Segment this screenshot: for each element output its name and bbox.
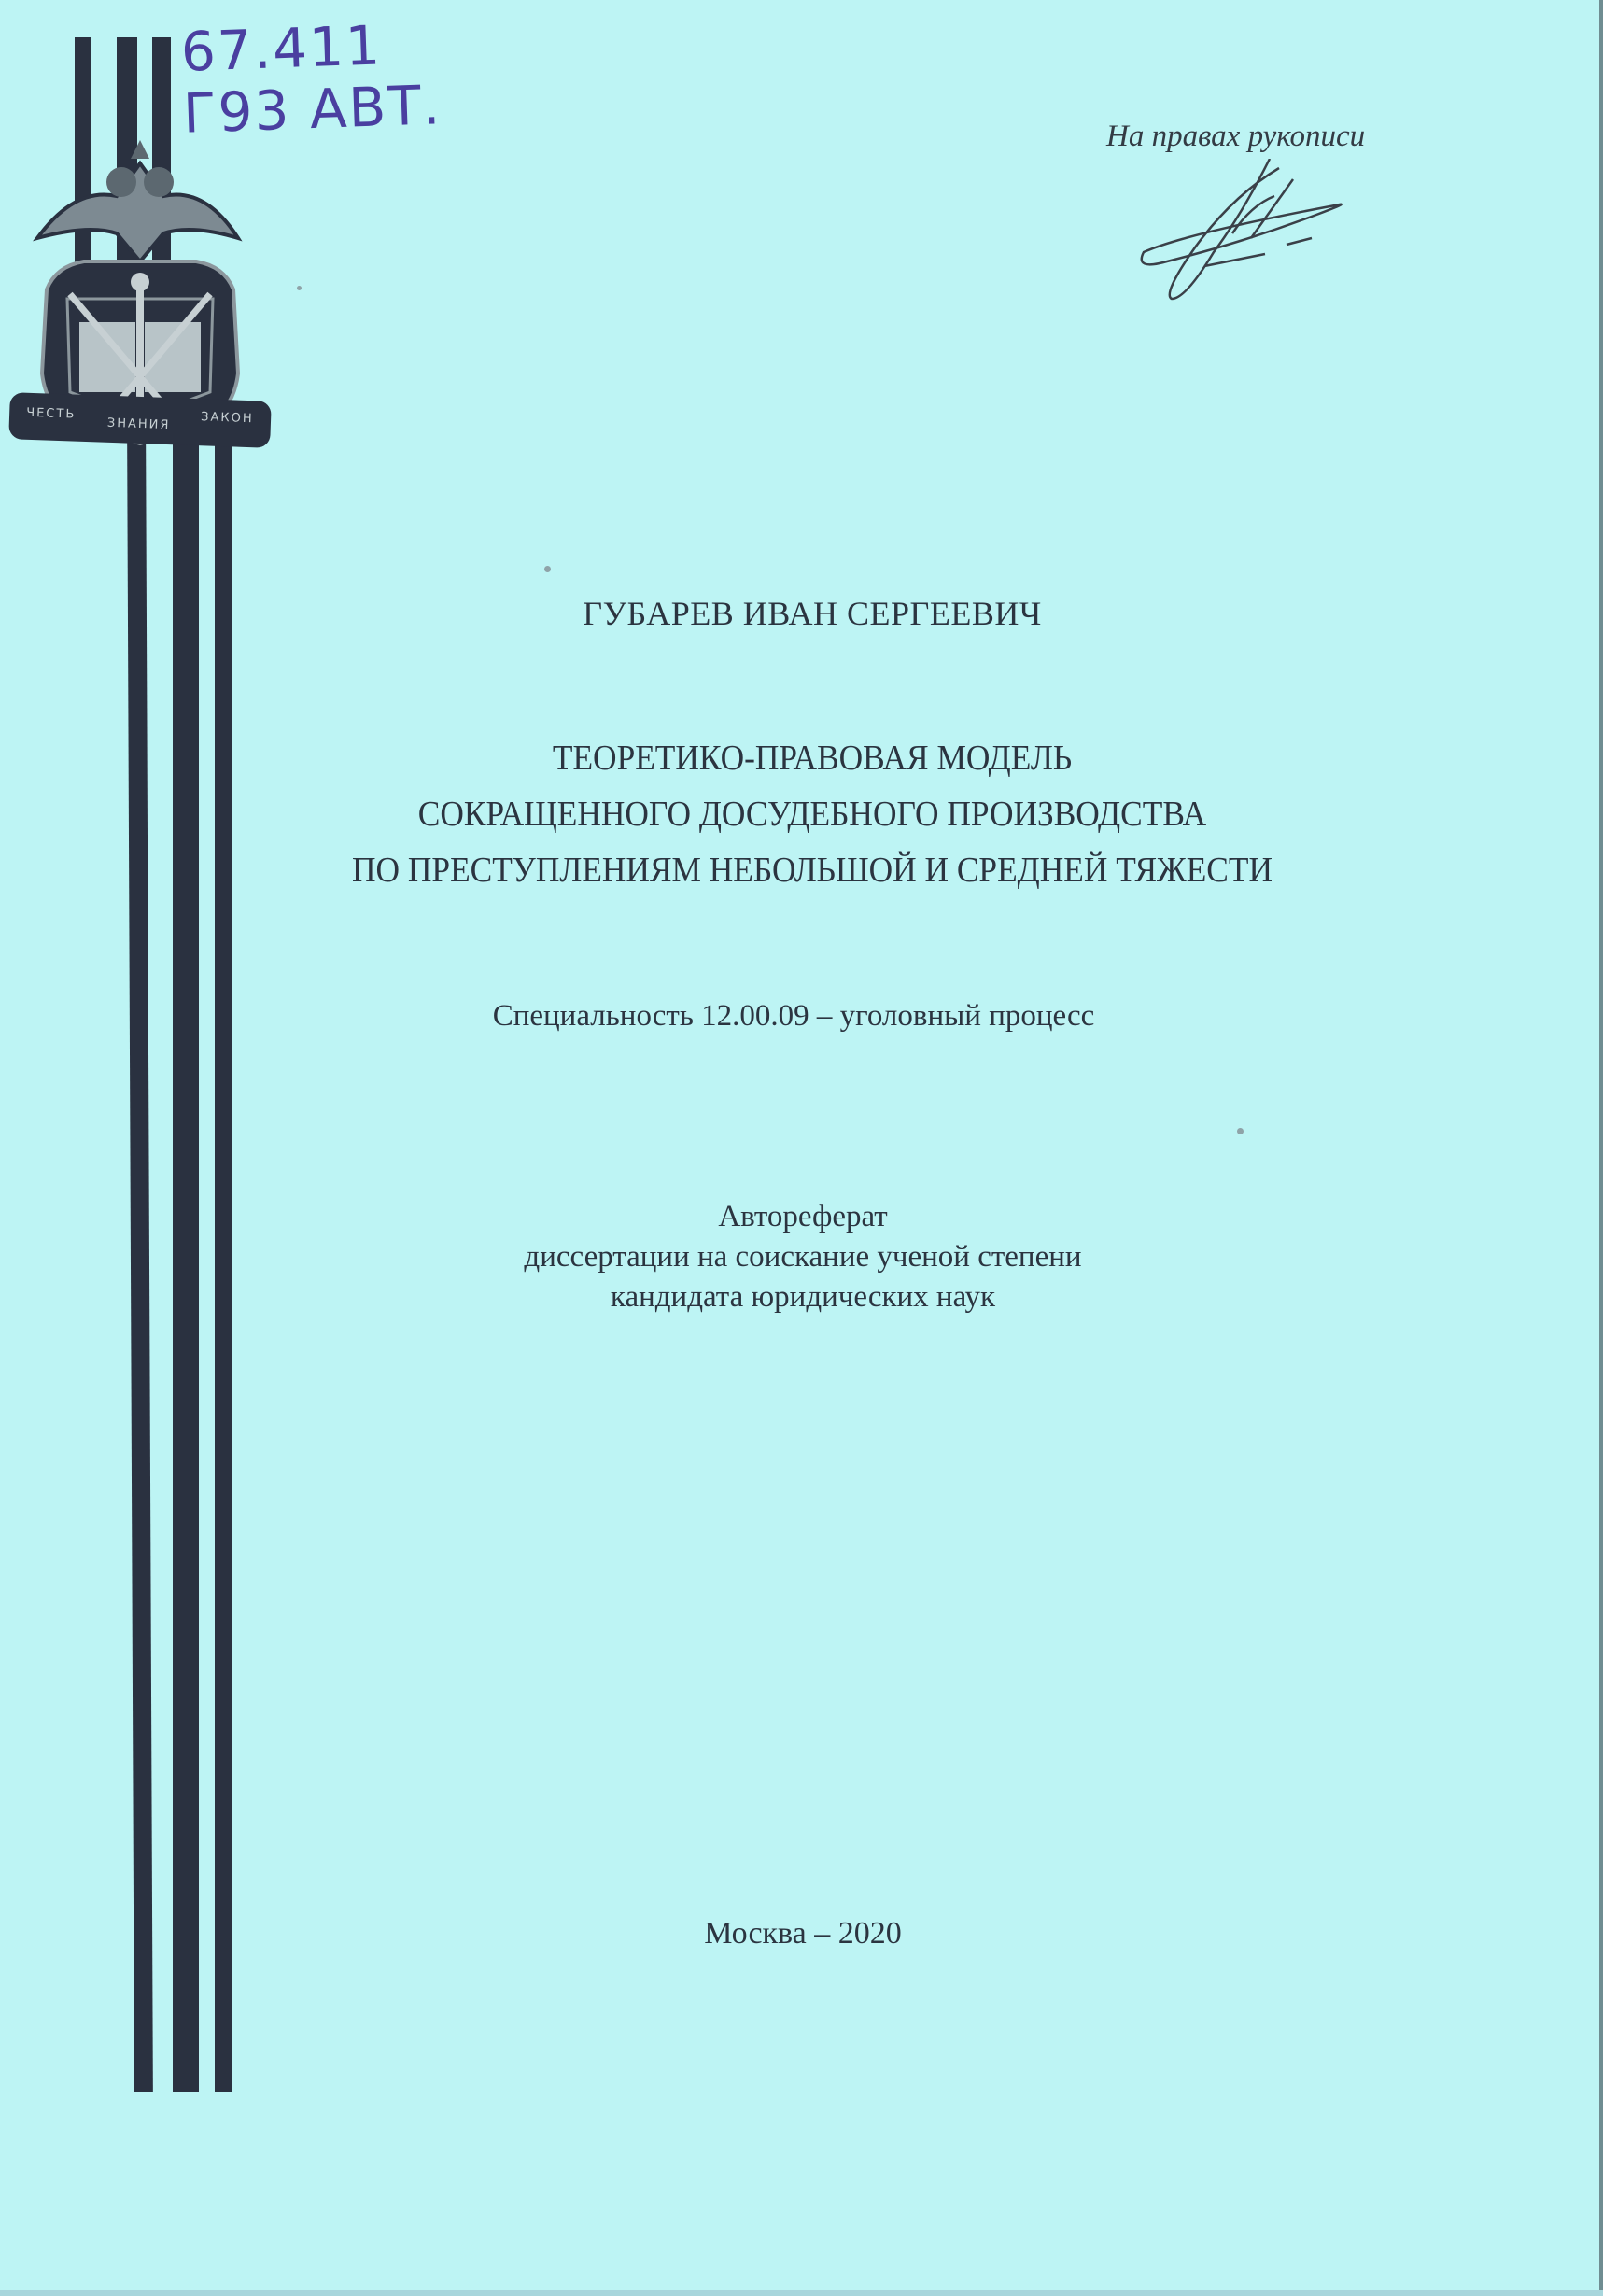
abstract-line-1: Автореферат (224, 1197, 1382, 1237)
motto-word-2: ЗНАНИЯ (107, 416, 171, 432)
author-name: ГУБАРЕВ ИВАН СЕРГЕЕВИЧ (233, 594, 1391, 633)
library-mark-line-2: Г93 АВТ. (182, 74, 443, 145)
abstract-line-3: кандидата юридических наук (224, 1277, 1382, 1317)
specialty: Специальность 12.00.09 – уголовный проце… (215, 999, 1372, 1034)
decorative-stripe-middle (173, 439, 199, 2092)
motto-word-3: ЗАКОН (201, 410, 254, 426)
page-edge (1599, 0, 1603, 2296)
title-line-2: СОКРАЩЕННОГО ДОСУДЕБНОГО ПРОИЗВОДСТВА (274, 786, 1350, 842)
library-mark-line-1: 67.411 (180, 12, 441, 83)
city-year: Москва – 2020 (224, 1916, 1382, 1951)
signature-icon (1130, 159, 1372, 308)
dissertation-title: ТЕОРЕТИКО-ПРАВОВАЯ МОДЕЛЬ СОКРАЩЕННОГО Д… (274, 730, 1350, 898)
title-line-1: ТЕОРЕТИКО-ПРАВОВАЯ МОДЕЛЬ (274, 730, 1350, 786)
abstract-description: Автореферат диссертации на соискание уче… (224, 1197, 1382, 1317)
abstract-line-2: диссертации на соискание ученой степени (224, 1237, 1382, 1277)
rights-note: На правах рукописи (1106, 120, 1365, 154)
motto-ribbon: ЧЕСТЬ ЗНАНИЯ ЗАКОН (8, 392, 272, 448)
page-bottom-edge (0, 2290, 1603, 2296)
paper-speck (1237, 1128, 1244, 1134)
paper-speck (297, 286, 302, 290)
decorative-stripe-left (127, 439, 153, 2092)
title-line-3: ПО ПРЕСТУПЛЕНИЯМ НЕБОЛЬШОЙ И СРЕДНЕЙ ТЯЖ… (274, 842, 1350, 898)
paper-speck (544, 566, 551, 572)
motto-word-1: ЧЕСТЬ (26, 406, 77, 422)
library-classification-mark: 67.411 Г93 АВТ. (180, 12, 443, 145)
